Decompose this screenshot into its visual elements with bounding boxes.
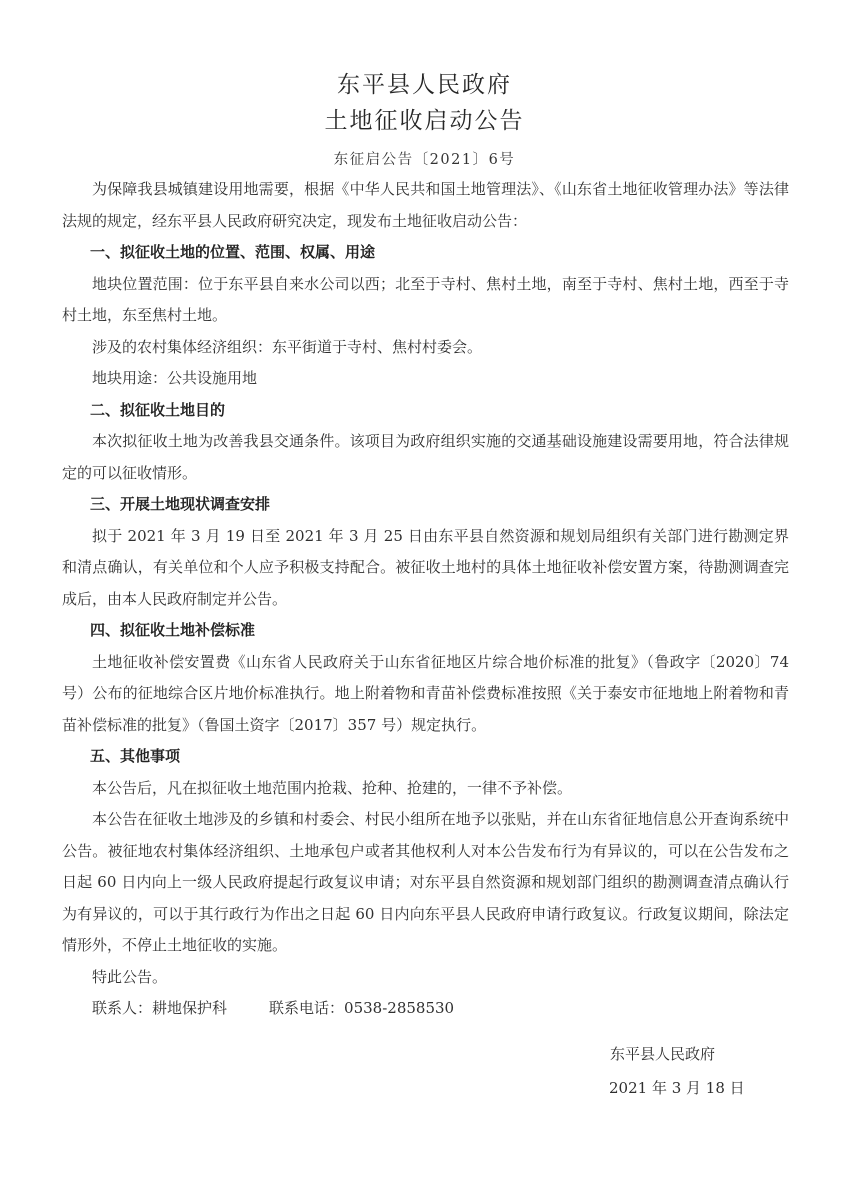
document-number: 东征启公告〔2021〕6号 [0,148,849,169]
section-5-publication: 本公告在征收土地涉及的乡镇和村委会、村民小组所在地予以张贴，并在山东省征地信息公… [62,804,789,962]
section-3-survey: 拟于 2021 年 3 月 19 日至 2021 年 3 月 25 日由东平县自… [62,521,789,616]
section-4-compensation: 土地征收补偿安置费《山东省人民政府关于山东省征地区片综合地价标准的批复》（鲁政字… [62,647,789,742]
section-2-heading: 二、拟征收土地目的 [62,395,789,427]
section-1-location: 地块位置范围：位于东平县自来水公司以西；北至于寺村、焦村土地，南至于寺村、焦村土… [62,269,789,332]
section-5-heading: 五、其他事项 [62,741,789,773]
section-3-heading: 三、开展土地现状调查安排 [62,489,789,521]
contact-line: 联系人：耕地保护科联系电话：0538-2858530 [62,993,789,1025]
notice-title: 土地征收启动公告 [0,102,849,135]
section-4-heading: 四、拟征收土地补偿标准 [62,615,789,647]
section-5-no-compensation: 本公告后，凡在拟征收土地范围内抢栽、抢种、抢建的，一律不予补偿。 [62,773,789,805]
section-5-closing: 特此公告。 [62,962,789,994]
contact-phone: 0538-2858530 [344,993,454,1025]
contact-person-label: 联系人： [92,993,152,1025]
intro-paragraph: 为保障我县城镇建设用地需要，根据《中华人民共和国土地管理法》、《山东省土地征收管… [62,174,789,237]
section-2-purpose: 本次拟征收土地为改善我县交通条件。该项目为政府组织实施的交通基础设施建设需要用地… [62,426,789,489]
signature-date: 2021 年 3 月 18 日 [609,1077,745,1098]
issuer-title: 东平县人民政府 [0,66,849,99]
signature-org: 东平县人民政府 [610,1043,715,1064]
section-1-usage: 地块用途：公共设施用地 [62,363,789,395]
document-page: 东平县人民政府 土地征收启动公告 东征启公告〔2021〕6号 为保障我县城镇建设… [0,0,849,1200]
document-body: 为保障我县城镇建设用地需要，根据《中华人民共和国土地管理法》、《山东省土地征收管… [62,174,789,1025]
contact-phone-label: 联系电话： [269,993,344,1025]
section-1-heading: 一、拟征收土地的位置、范围、权属、用途 [62,237,789,269]
contact-person: 耕地保护科 [152,993,227,1025]
section-1-organization: 涉及的农村集体经济组织：东平街道于寺村、焦村村委会。 [62,332,789,364]
